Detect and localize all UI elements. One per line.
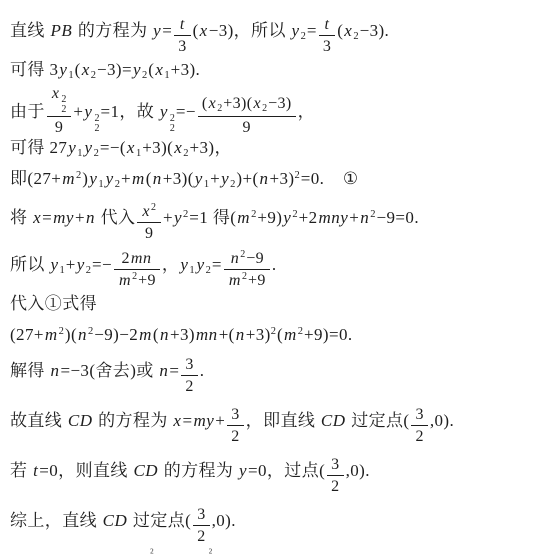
fraction: x29: [137, 202, 161, 243]
math-variable: CD: [67, 411, 94, 430]
math-variable: y: [76, 255, 86, 274]
math-variable: x: [343, 21, 353, 40]
text-run: +: [66, 255, 76, 274]
fraction-numerator: x2: [137, 202, 161, 223]
text-run: 所以: [10, 255, 49, 274]
math-variable: n: [230, 250, 241, 267]
text-run: +3): [246, 325, 271, 344]
math-variable: x: [126, 138, 136, 157]
math-variable: mn: [195, 325, 219, 344]
math-variable: CD: [102, 511, 129, 530]
text-run: 2: [415, 428, 423, 445]
text-run: +3)(: [223, 95, 252, 112]
math-variable: n: [85, 208, 96, 227]
math-variable: n: [359, 208, 370, 227]
fraction-denominator: m2+9: [224, 270, 270, 290]
text-run: (: [193, 21, 199, 40]
text-run: 直线: [10, 21, 49, 40]
subscript: 1: [77, 148, 83, 159]
subscript: 2: [61, 105, 66, 115]
text-run: 的方程为: [159, 461, 238, 480]
fraction-numerator: t: [319, 15, 335, 36]
text-run: 可得 3: [10, 60, 58, 79]
text-run: 3: [185, 356, 193, 373]
fraction: t3: [319, 15, 335, 56]
math-variable: t: [324, 16, 331, 33]
text-run: .: [200, 361, 205, 380]
fraction-numerator: 2mn: [114, 249, 160, 270]
text-run: +: [121, 169, 131, 188]
text-run: 若: [10, 461, 32, 480]
fraction: 32: [327, 455, 343, 496]
math-variable: mny: [317, 208, 349, 227]
text-run: 过定点(: [347, 411, 410, 430]
text-run: (: [202, 95, 208, 112]
text-run: )(: [65, 325, 77, 344]
fraction: 32: [227, 405, 243, 446]
text-run: ,0).: [212, 511, 236, 530]
text-run: =: [169, 361, 179, 380]
text-run: +: [163, 208, 173, 227]
fraction: t3: [174, 15, 190, 56]
text-run: =1 得(: [189, 208, 236, 227]
fraction-numerator: 3: [181, 355, 197, 376]
text-run: −3): [268, 95, 292, 112]
math-line-7: 所以 y1+y2=−2mnm2+9，y1y2=n2−9m2+9.: [10, 240, 543, 290]
fraction: x229: [47, 84, 72, 137]
fraction-denominator: 2: [327, 476, 343, 496]
text-run: +3): [170, 325, 195, 344]
text-run: +3).: [171, 60, 201, 79]
math-document: 直线 PB 的方程为 y=t3(x−3)，所以 y2=t3(x2−3).可得 3…: [0, 0, 545, 546]
fraction-denominator: 3: [174, 36, 190, 56]
stacked-sup-sub: 22: [60, 95, 67, 115]
subscript: 1: [189, 265, 195, 276]
fraction-numerator: n2−9: [224, 249, 270, 270]
text-run: +2: [299, 208, 318, 227]
stacked-sup-sub: 22: [169, 114, 176, 134]
math-line-12: 若 t=0，则直线 CD 的方程为 y=0，过点(32,0).: [10, 446, 543, 496]
fraction-denominator: 3: [319, 36, 335, 56]
text-run: 3: [197, 506, 205, 523]
text-run: 代入: [96, 208, 135, 227]
text-run: 2: [331, 478, 339, 495]
math-variable: mn: [130, 250, 153, 267]
text-run: −3)=: [97, 60, 132, 79]
math-variable: n: [49, 361, 60, 380]
text-run: 将: [10, 208, 32, 227]
text-run: 由于: [10, 102, 45, 121]
math-line-6: 将 x=my+n 代入x29+y2=1 得(m2+9)y2+2mny+n2−9=…: [10, 190, 543, 240]
math-variable: y: [132, 60, 142, 79]
text-run: 3: [323, 38, 331, 55]
fraction: 32: [181, 355, 197, 396]
fraction-denominator: 2: [193, 526, 209, 546]
math-variable: y: [159, 102, 169, 121]
math-line-3: 由于x229+y22=1，故 y22=−(x2+3)(x2−3)9，: [10, 84, 543, 134]
math-variable: m: [236, 208, 251, 227]
fraction-numerator: x22: [47, 84, 72, 117]
fraction-denominator: 2: [227, 426, 243, 446]
math-variable: my: [52, 208, 75, 227]
math-variable: x: [141, 203, 151, 220]
fraction-numerator: 3: [327, 455, 343, 476]
text-run: =: [162, 21, 172, 40]
math-variable: CD: [132, 461, 159, 480]
text-run: +9: [248, 272, 266, 289]
text-run: +3)，: [190, 138, 232, 157]
text-run: 可得 27: [10, 138, 67, 157]
math-line-13: 综上，直线 CD 过定点(32,0).: [10, 496, 543, 546]
fraction: 32: [193, 505, 209, 546]
text-run: =: [42, 208, 52, 227]
math-variable: m: [118, 272, 132, 289]
text-run: ，: [298, 102, 315, 121]
text-run: +3): [270, 169, 295, 188]
fraction-denominator: m2+9: [114, 270, 160, 290]
text-run: +: [349, 208, 359, 227]
text-run: 代入①式得: [10, 294, 97, 313]
math-line-9: (27+m2)(n2−9)−2m(n+3)mn+(n+3)2(m2+9)=0.: [10, 318, 543, 346]
text-run: 3: [178, 38, 186, 55]
text-run: =1，故: [100, 102, 158, 121]
math-variable: y: [291, 21, 301, 40]
text-run: 2: [185, 378, 193, 395]
subscript: 1: [98, 179, 104, 190]
math-variable: y: [152, 21, 162, 40]
text-run: =: [307, 21, 317, 40]
math-line-1: 直线 PB 的方程为 y=t3(x−3)，所以 y2=t3(x2−3).: [10, 6, 543, 56]
text-run: =−: [92, 255, 112, 274]
fraction: (x2+3)(x2−3)9: [198, 94, 296, 137]
fraction: 32: [411, 405, 427, 446]
text-run: 的方程为: [73, 21, 152, 40]
fraction-numerator: t: [174, 15, 190, 36]
text-run: =0. ①: [301, 169, 359, 188]
text-run: +: [73, 102, 83, 121]
text-run: +: [75, 208, 85, 227]
math-variable: x: [199, 21, 209, 40]
text-run: +3)(: [163, 169, 194, 188]
math-variable: y: [282, 208, 292, 227]
text-run: −3)，所以: [209, 21, 291, 40]
math-variable: x: [252, 95, 262, 112]
math-variable: x: [172, 411, 182, 430]
math-variable: y: [58, 60, 68, 79]
text-run: −9)−2: [94, 325, 138, 344]
fraction-numerator: 3: [227, 405, 243, 426]
fraction-numerator: 3: [193, 505, 209, 526]
text-run: 的方程为: [93, 411, 172, 430]
math-variable: PB: [49, 21, 73, 40]
text-run: ，即直线: [246, 411, 320, 430]
superscript: 2: [151, 202, 157, 213]
math-variable: n: [158, 361, 169, 380]
math-variable: y: [67, 138, 77, 157]
text-run: 综上，直线: [10, 511, 102, 530]
text-run: +: [215, 411, 225, 430]
fraction: 2mnm2+9: [114, 249, 160, 290]
math-variable: x: [32, 208, 42, 227]
text-run: 9: [243, 119, 251, 136]
text-run: ,0).: [430, 411, 454, 430]
text-run: 即(27+: [10, 169, 61, 188]
math-line-11: 故直线 CD 的方程为 x=my+32，即直线 CD 过定点(32,0).: [10, 396, 543, 446]
math-variable: y: [179, 255, 189, 274]
math-variable: x: [51, 85, 61, 102]
text-run: +9: [138, 272, 156, 289]
text-run: +(: [219, 325, 235, 344]
math-variable: y: [173, 208, 183, 227]
text-run: )+(: [236, 169, 258, 188]
text-run: 2: [197, 528, 205, 545]
text-run: 过定点(: [128, 511, 191, 530]
text-run: 2: [121, 250, 129, 267]
text-run: =0，过点(: [248, 461, 325, 480]
math-variable: x: [173, 138, 183, 157]
math-variable: m: [228, 272, 242, 289]
subscript: 2: [170, 124, 175, 134]
math-variable: y: [88, 169, 98, 188]
math-variable: my: [192, 411, 215, 430]
text-run: .: [272, 255, 277, 274]
math-variable: CD: [320, 411, 347, 430]
text-run: 解得: [10, 361, 49, 380]
math-variable: y: [83, 102, 93, 121]
text-run: −3).: [360, 21, 390, 40]
math-variable: y: [84, 138, 94, 157]
math-line-8: 代入①式得: [10, 290, 543, 318]
text-run: =−: [176, 102, 196, 121]
math-variable: m: [44, 325, 59, 344]
fraction-numerator: 3: [411, 405, 427, 426]
math-variable: y: [196, 255, 206, 274]
math-variable: n: [152, 169, 163, 188]
text-run: (: [75, 60, 81, 79]
text-run: =0，则直线: [39, 461, 132, 480]
math-variable: n: [159, 325, 170, 344]
math-variable: y: [238, 461, 248, 480]
text-run: =: [182, 411, 192, 430]
math-variable: m: [283, 325, 298, 344]
math-variable: t: [179, 16, 186, 33]
text-run: +9)=0.: [304, 325, 353, 344]
math-variable: m: [131, 169, 146, 188]
math-variable: m: [138, 325, 153, 344]
fraction-numerator: (x2+3)(x2−3): [198, 94, 296, 117]
fraction-denominator: 2: [181, 376, 197, 396]
math-variable: x: [208, 95, 218, 112]
text-run: +9): [257, 208, 282, 227]
subscript: 2: [94, 124, 99, 134]
math-line-10: 解得 n=−3(舍去)或 n=32.: [10, 346, 543, 396]
text-run: =−(: [100, 138, 126, 157]
math-variable: x: [154, 60, 164, 79]
text-run: =−3(舍去)或: [60, 361, 158, 380]
math-variable: n: [77, 325, 88, 344]
fraction: n2−9m2+9: [224, 249, 270, 290]
fraction-denominator: 2: [411, 426, 427, 446]
math-variable: n: [235, 325, 246, 344]
text-run: (27+: [10, 325, 44, 344]
math-variable: n: [259, 169, 270, 188]
text-run: =: [212, 255, 222, 274]
text-run: 3: [415, 406, 423, 423]
math-variable: y: [194, 169, 204, 188]
text-run: +: [210, 169, 220, 188]
math-variable: y: [105, 169, 115, 188]
text-run: ，: [162, 255, 179, 274]
math-variable: m: [61, 169, 76, 188]
math-line-4: 可得 27y1y2=−(x1+3)(x2+3)，: [10, 134, 543, 162]
math-variable: y: [49, 255, 59, 274]
text-run: −9=0.: [377, 208, 419, 227]
text-run: −9: [246, 250, 264, 267]
text-run: 故直线: [10, 411, 67, 430]
text-run: 3: [231, 406, 239, 423]
math-variable: y: [220, 169, 230, 188]
clipped-next-line-fragment: ² ²: [150, 546, 238, 554]
text-run: +3)(: [142, 138, 173, 157]
math-variable: x: [81, 60, 91, 79]
text-run: 3: [331, 456, 339, 473]
math-line-5: 即(27+m2)y1y2+m(n+3)(y1+y2)+(n+3)2=0. ①: [10, 162, 543, 190]
text-run: 2: [231, 428, 239, 445]
text-run: ,0).: [346, 461, 370, 480]
math-line-2: 可得 3y1(x2−3)=y2(x1+3).: [10, 56, 543, 84]
text-run: (: [146, 169, 152, 188]
